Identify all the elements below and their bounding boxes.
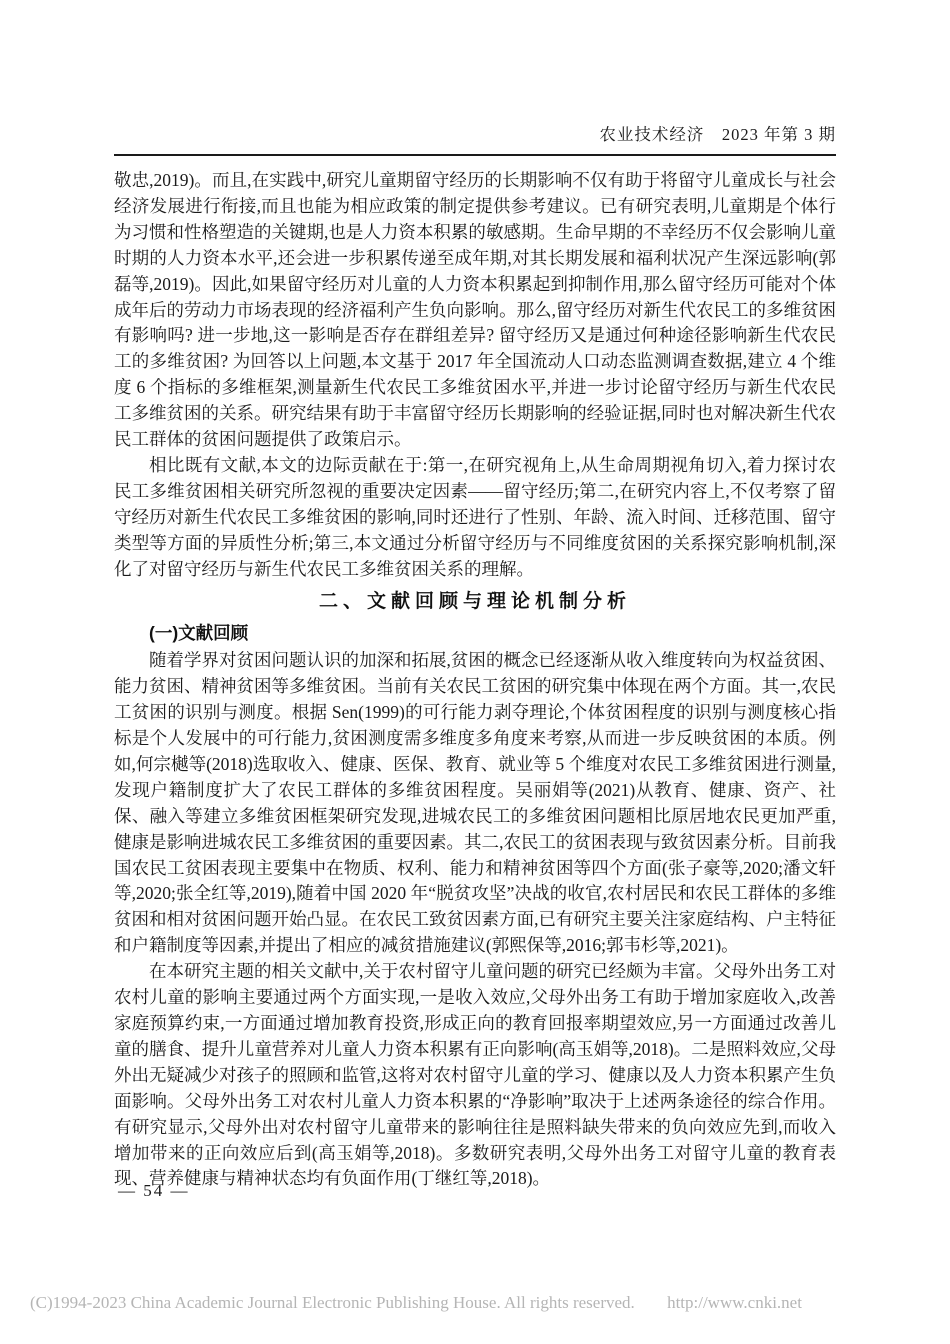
journal-header: 农业技术经济 2023 年第 3 期 [114, 121, 836, 145]
header-rule [114, 154, 836, 156]
cnki-url: http://www.cnki.net [667, 1293, 802, 1312]
article-body: 敬忠,2019)。而且,在实践中,研究儿童期留守经历的长期影响不仅有助于将留守儿… [114, 168, 836, 1192]
section-heading-literature-review: 二、文献回顾与理论机制分析 [114, 589, 836, 615]
copyright-text: (C)1994-2023 China Academic Journal Elec… [30, 1293, 635, 1312]
journal-page: 农业技术经济 2023 年第 3 期 敬忠,2019)。而且,在实践中,研究儿童… [0, 0, 950, 1344]
paragraph-introduction-continuation: 敬忠,2019)。而且,在实践中,研究儿童期留守经历的长期影响不仅有助于将留守儿… [114, 168, 836, 453]
paragraph-left-behind-children-literature: 在本研究主题的相关文献中,关于农村留守儿童问题的研究已经颇为丰富。父母外出务工对… [114, 959, 836, 1192]
page-number: — 54 — [118, 1181, 190, 1201]
paragraph-poverty-literature: 随着学界对贫困问题认识的加深和拓展,贫困的概念已经逐渐从收入维度转向为权益贫困、… [114, 648, 836, 959]
subsection-heading-literature-review: (一)文献回顾 [114, 621, 836, 647]
paragraph-contributions: 相比既有文献,本文的边际贡献在于:第一,在研究视角上,从生命周期视角切入,着力探… [114, 453, 836, 583]
copyright-footer: (C)1994-2023 China Academic Journal Elec… [30, 1293, 930, 1313]
